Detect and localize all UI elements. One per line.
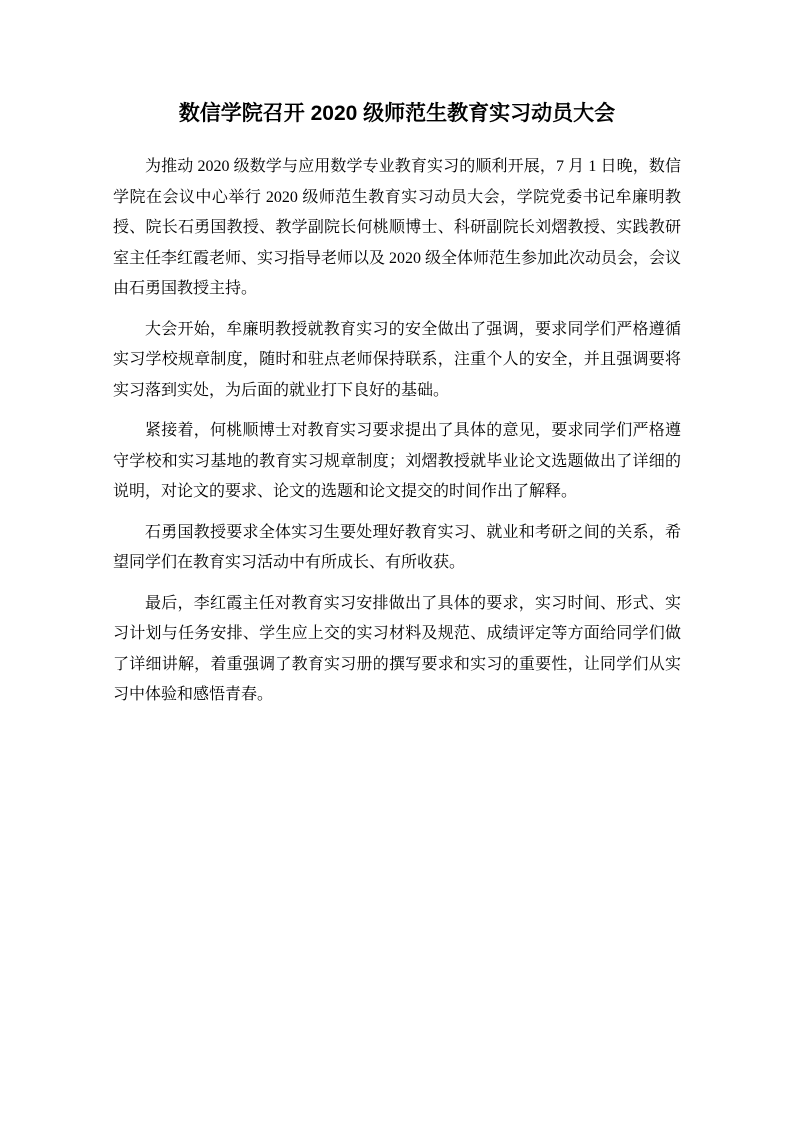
body-paragraph-4: 石勇国教授要求全体实习生要处理好教育实习、就业和考研之间的关系，希望同学们在教育…: [113, 518, 681, 579]
body-paragraph-2: 大会开始，牟廉明教授就教育实习的安全做出了强调，要求同学们严格遵循实习学校规章制…: [113, 315, 681, 407]
document-content: 数信学院召开 2020 级师范生教育实习动员大会 为推动 2020 级数学与应用…: [113, 98, 681, 721]
document-page: 数信学院召开 2020 级师范生教育实习动员大会 为推动 2020 级数学与应用…: [0, 0, 793, 1122]
body-paragraph-1: 为推动 2020 级数学与应用数学专业教育实习的顺利开展，7 月 1 日晚，数信…: [113, 152, 681, 305]
document-title: 数信学院召开 2020 级师范生教育实习动员大会: [113, 98, 681, 130]
body-paragraph-5: 最后，李红霞主任对教育实习安排做出了具体的要求，实习时间、形式、实习计划与任务安…: [113, 589, 681, 711]
body-paragraph-3: 紧接着，何桃顺博士对教育实习要求提出了具体的意见，要求同学们严格遵守学校和实习基…: [113, 416, 681, 508]
